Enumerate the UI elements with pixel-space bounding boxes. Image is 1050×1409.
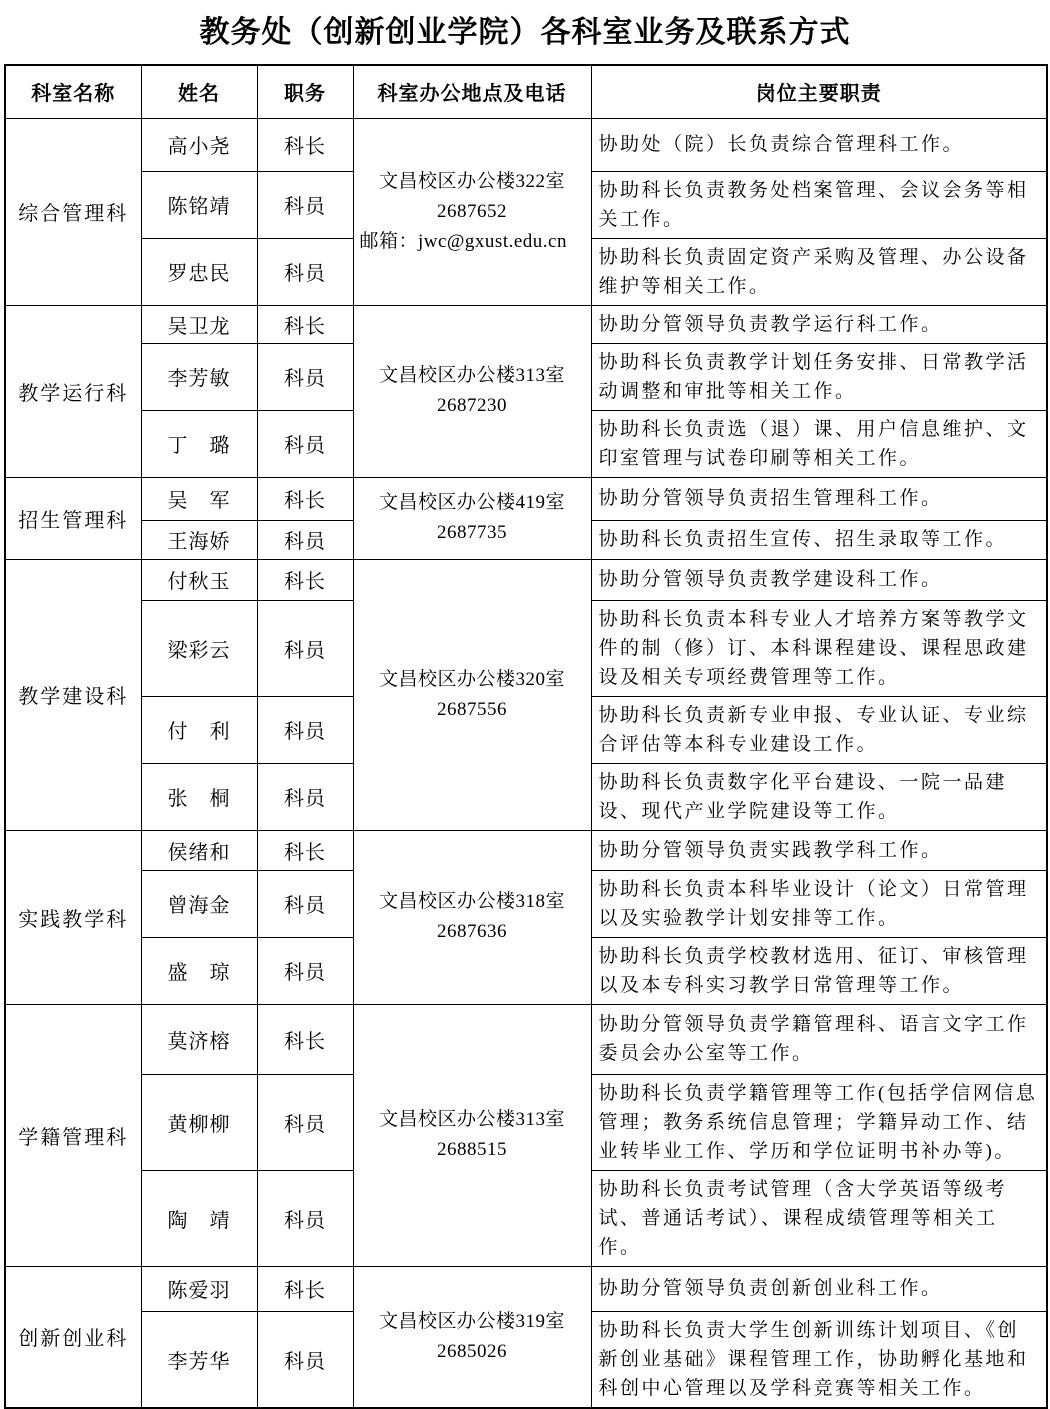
staff-name: 吴 军 xyxy=(141,477,257,520)
staff-title: 科员 xyxy=(257,1074,353,1170)
duty-cell: 协助科长负责教学计划任务安排、日常教学活动调整和审批等相关工作。 xyxy=(591,343,1047,410)
staff-title: 科员 xyxy=(257,238,353,305)
column-header-department: 科室名称 xyxy=(5,65,141,118)
document-page: 教务处（创新创业学院）各科室业务及联系方式 科室名称 姓名 职务 科室办公地点及… xyxy=(0,0,1050,1302)
office-cell: 文昌校区办公楼318室 2687636 xyxy=(353,830,591,1004)
office-address: 文昌校区办公楼313室 xyxy=(360,361,585,391)
staff-name: 曾海金 xyxy=(141,870,257,937)
staff-name: 黄柳柳 xyxy=(141,1074,257,1170)
staff-title: 科长 xyxy=(257,305,353,343)
department-cell: 创新创业科 xyxy=(5,1266,141,1408)
department-cell: 招生管理科 xyxy=(5,477,141,559)
column-header-duty: 岗位主要职责 xyxy=(591,65,1047,118)
duty-cell: 协助科长负责大学生创新训练计划项目、《创新创业基础》课程管理工作，协助孵化基地和… xyxy=(591,1311,1047,1408)
staff-name: 陈铭靖 xyxy=(141,171,257,238)
department-contact-table: 科室名称 姓名 职务 科室办公地点及电话 岗位主要职责 综合管理科 高小尧 科长… xyxy=(4,64,1048,1409)
office-address: 文昌校区办公楼318室 xyxy=(360,887,585,917)
staff-name: 莫济榕 xyxy=(141,1004,257,1074)
staff-name: 李芳敏 xyxy=(141,343,257,410)
table-row: 学籍管理科 莫济榕 科长 文昌校区办公楼313室 2688515 协助分管领导负… xyxy=(5,1004,1047,1074)
staff-name: 付 利 xyxy=(141,696,257,763)
duty-cell: 协助分管领导负责教学建设科工作。 xyxy=(591,559,1047,600)
office-cell: 文昌校区办公楼313室 2688515 xyxy=(353,1004,591,1266)
office-cell: 文昌校区办公楼320室 2687556 xyxy=(353,559,591,830)
department-cell: 教学运行科 xyxy=(5,305,141,477)
staff-name: 张 桐 xyxy=(141,763,257,830)
duty-cell: 协助分管领导负责创新创业科工作。 xyxy=(591,1266,1047,1311)
office-phone: 2688515 xyxy=(360,1135,585,1165)
staff-name: 王海娇 xyxy=(141,520,257,559)
table-row: 实践教学科 侯绪和 科长 文昌校区办公楼318室 2687636 协助分管领导负… xyxy=(5,830,1047,870)
staff-name: 丁 璐 xyxy=(141,410,257,477)
duty-cell: 协助科长负责新专业申报、专业认证、专业综合评估等本科专业建设工作。 xyxy=(591,696,1047,763)
office-phone: 2685026 xyxy=(360,1337,585,1367)
office-phone: 2687636 xyxy=(360,917,585,947)
staff-name: 付秋玉 xyxy=(141,559,257,600)
column-header-office: 科室办公地点及电话 xyxy=(353,65,591,118)
office-cell: 文昌校区办公楼419室 2687735 xyxy=(353,477,591,559)
staff-title: 科员 xyxy=(257,410,353,477)
duty-cell: 协助分管领导负责招生管理科工作。 xyxy=(591,477,1047,520)
office-cell: 文昌校区办公楼313室 2687230 xyxy=(353,305,591,477)
duty-cell: 协助科长负责本科专业人才培养方案等教学文件的制（修）订、本科课程建设、课程思政建… xyxy=(591,600,1047,696)
duty-cell: 协助分管领导负责学籍管理科、语言文字工作委员会办公室等工作。 xyxy=(591,1004,1047,1074)
department-cell: 学籍管理科 xyxy=(5,1004,141,1266)
office-cell: 文昌校区办公楼319室 2685026 xyxy=(353,1266,591,1408)
staff-title: 科员 xyxy=(257,600,353,696)
staff-name: 陶 靖 xyxy=(141,1170,257,1266)
office-address: 文昌校区办公楼322室 xyxy=(360,167,585,197)
staff-title: 科员 xyxy=(257,696,353,763)
staff-title: 科长 xyxy=(257,1004,353,1074)
duty-cell: 协助处（院）长负责综合管理科工作。 xyxy=(591,118,1047,171)
duty-cell: 协助科长负责本科毕业设计（论文）日常管理以及实验教学计划安排等工作。 xyxy=(591,870,1047,937)
office-address: 文昌校区办公楼319室 xyxy=(360,1307,585,1337)
office-email: 邮箱：jwc@gxust.edu.cn xyxy=(360,227,585,257)
duty-cell: 协助科长负责招生宣传、招生录取等工作。 xyxy=(591,520,1047,559)
column-header-title: 职务 xyxy=(257,65,353,118)
duty-cell: 协助科长负责数字化平台建设、一院一品建设、现代产业学院建设等工作。 xyxy=(591,763,1047,830)
table-row: 综合管理科 高小尧 科长 文昌校区办公楼322室 2687652 邮箱：jwc@… xyxy=(5,118,1047,171)
staff-name: 高小尧 xyxy=(141,118,257,171)
staff-name: 罗忠民 xyxy=(141,238,257,305)
staff-title: 科员 xyxy=(257,1311,353,1408)
office-address: 文昌校区办公楼419室 xyxy=(360,488,585,518)
staff-title: 科员 xyxy=(257,763,353,830)
staff-name: 陈爱羽 xyxy=(141,1266,257,1311)
staff-title: 科员 xyxy=(257,343,353,410)
staff-title: 科长 xyxy=(257,477,353,520)
staff-title: 科长 xyxy=(257,559,353,600)
duty-cell: 协助分管领导负责实践教学科工作。 xyxy=(591,830,1047,870)
staff-name: 梁彩云 xyxy=(141,600,257,696)
staff-title: 科长 xyxy=(257,118,353,171)
office-phone: 2687735 xyxy=(360,518,585,548)
table-row: 教学建设科 付秋玉 科长 文昌校区办公楼320室 2687556 协助分管领导负… xyxy=(5,559,1047,600)
table-row: 教学运行科 吴卫龙 科长 文昌校区办公楼313室 2687230 协助分管领导负… xyxy=(5,305,1047,343)
table-row: 创新创业科 陈爱羽 科长 文昌校区办公楼319室 2685026 协助分管领导负… xyxy=(5,1266,1047,1311)
table-row: 招生管理科 吴 军 科长 文昌校区办公楼419室 2687735 协助分管领导负… xyxy=(5,477,1047,520)
staff-title: 科员 xyxy=(257,1170,353,1266)
page-title: 教务处（创新创业学院）各科室业务及联系方式 xyxy=(4,12,1046,54)
department-cell: 综合管理科 xyxy=(5,118,141,305)
office-address: 文昌校区办公楼313室 xyxy=(360,1105,585,1135)
staff-name: 侯绪和 xyxy=(141,830,257,870)
staff-name: 盛 琼 xyxy=(141,937,257,1004)
duty-cell: 协助分管领导负责教学运行科工作。 xyxy=(591,305,1047,343)
duty-cell: 协助科长负责教务处档案管理、会议会务等相关工作。 xyxy=(591,171,1047,238)
office-phone: 2687652 xyxy=(360,197,585,227)
office-address: 文昌校区办公楼320室 xyxy=(360,665,585,695)
office-cell: 文昌校区办公楼322室 2687652 邮箱：jwc@gxust.edu.cn xyxy=(353,118,591,305)
duty-cell: 协助科长负责选（退）课、用户信息维护、文印室管理与试卷印刷等相关工作。 xyxy=(591,410,1047,477)
department-cell: 实践教学科 xyxy=(5,830,141,1004)
staff-title: 科员 xyxy=(257,520,353,559)
duty-cell: 协助科长负责学籍管理等工作(包括学信网信息管理；教务系统信息管理；学籍异动工作、… xyxy=(591,1074,1047,1170)
office-phone: 2687556 xyxy=(360,695,585,725)
staff-title: 科长 xyxy=(257,830,353,870)
duty-cell: 协助科长负责学校教材选用、征订、审核管理以及本专科实习教学日常管理等工作。 xyxy=(591,937,1047,1004)
staff-title: 科员 xyxy=(257,171,353,238)
column-header-name: 姓名 xyxy=(141,65,257,118)
staff-name: 吴卫龙 xyxy=(141,305,257,343)
staff-title: 科员 xyxy=(257,937,353,1004)
department-cell: 教学建设科 xyxy=(5,559,141,830)
staff-title: 科长 xyxy=(257,1266,353,1311)
header-row: 科室名称 姓名 职务 科室办公地点及电话 岗位主要职责 xyxy=(5,65,1047,118)
duty-cell: 协助科长负责固定资产采购及管理、办公设备维护等相关工作。 xyxy=(591,238,1047,305)
staff-title: 科员 xyxy=(257,870,353,937)
office-phone: 2687230 xyxy=(360,391,585,421)
staff-name: 李芳华 xyxy=(141,1311,257,1408)
duty-cell: 协助科长负责考试管理（含大学英语等级考试、普通话考试）、课程成绩管理等相关工作。 xyxy=(591,1170,1047,1266)
